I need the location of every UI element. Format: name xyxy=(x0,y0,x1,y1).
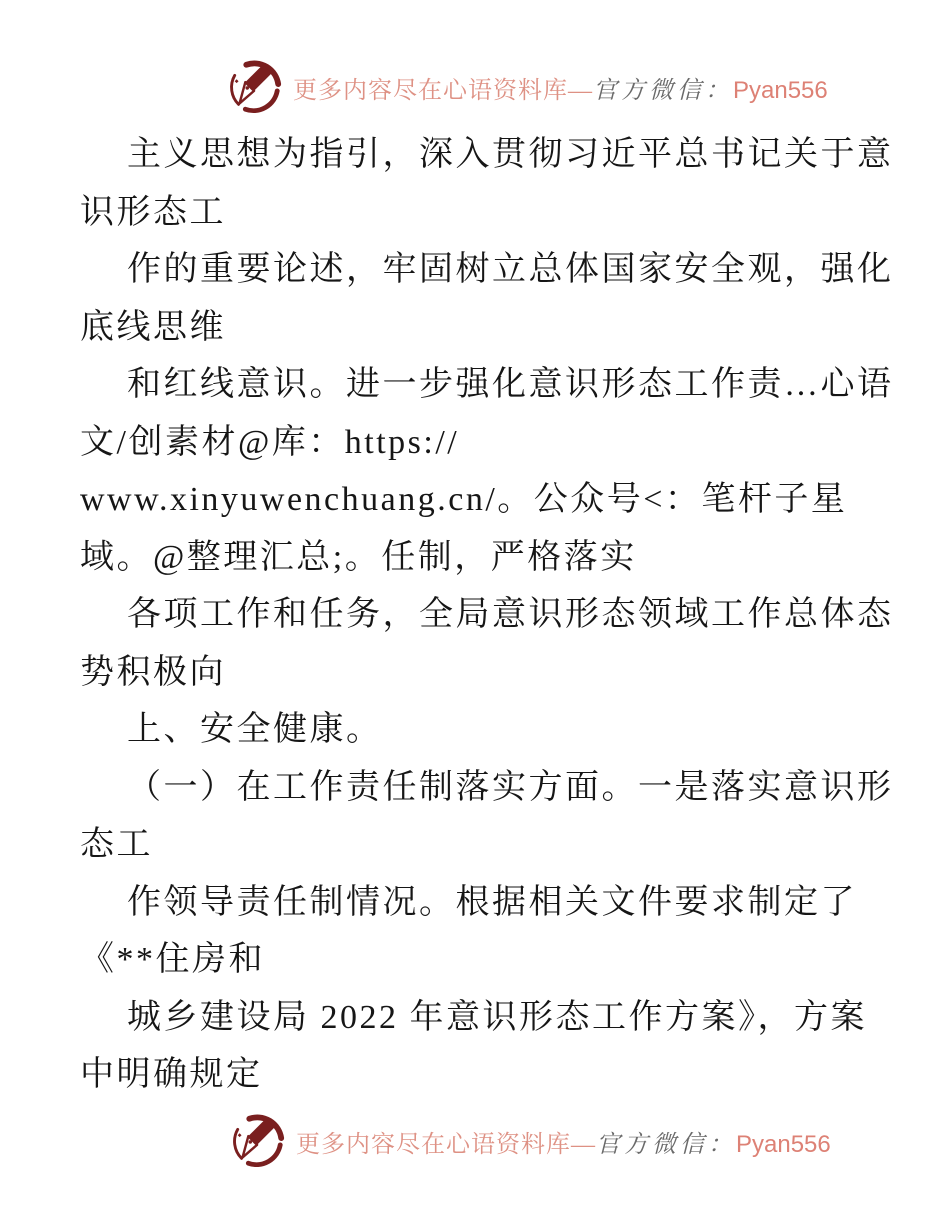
wechat-label: 官方微信： xyxy=(596,1132,736,1158)
wechat-label: 官方微信： xyxy=(593,78,733,104)
watermark-text: 更多内容尽在心语资料库—官方微信：Pyan556 xyxy=(293,70,828,105)
text-line: 主义思想为指引，深入贯彻习近平总书记关于意 xyxy=(80,126,875,184)
text-line: 底线思维 xyxy=(80,299,875,357)
document-page: 更多内容尽在心语资料库—官方微信：Pyan556 主义思想为指引，深入贯彻习近平… xyxy=(0,0,950,1230)
text-line: 文/创素材@库：https:// xyxy=(80,414,875,472)
watermark-footer: 更多内容尽在心语资料库—官方微信：Pyan556 xyxy=(229,1112,831,1170)
text-line: 作领导责任制情况。根据相关文件要求制定了 xyxy=(80,874,875,932)
watermark-text: 更多内容尽在心语资料库—官方微信：Pyan556 xyxy=(296,1124,831,1159)
watermark-brand: 更多内容尽在心语资料库 xyxy=(296,1132,571,1158)
text-line: 域。@整理汇总;。任制，严格落实 xyxy=(80,529,875,587)
text-line: www.xinyuwenchuang.cn/。公众号<：笔杆子星 xyxy=(80,471,875,529)
text-line: 态工 xyxy=(80,816,875,874)
text-line: 势积极向 xyxy=(80,644,875,702)
watermark-separator: — xyxy=(568,78,593,104)
text-line: 各项工作和任务，全局意识形态领域工作总体态 xyxy=(80,586,875,644)
pen-in-circle-logo-icon xyxy=(229,1112,287,1170)
wechat-id: Pyan556 xyxy=(736,1131,831,1158)
text-line: 《**住房和 xyxy=(80,931,875,989)
text-line: （一）在工作责任制落实方面。一是落实意识形 xyxy=(80,759,875,817)
pen-in-circle-logo-icon xyxy=(226,58,284,116)
text-line: 识形态工 xyxy=(80,184,875,242)
watermark-separator: — xyxy=(571,1132,596,1158)
watermark-header: 更多内容尽在心语资料库—官方微信：Pyan556 xyxy=(226,58,828,116)
text-line: 城乡建设局 2022 年意识形态工作方案》，方案 xyxy=(80,989,875,1047)
text-line: 作的重要论述，牢固树立总体国家安全观，强化 xyxy=(80,241,875,299)
text-line: 上、安全健康。 xyxy=(80,701,875,759)
watermark-brand: 更多内容尽在心语资料库 xyxy=(293,78,568,104)
document-body: 主义思想为指引，深入贯彻习近平总书记关于意 识形态工 作的重要论述，牢固树立总体… xyxy=(80,126,875,1104)
text-line: 中明确规定 xyxy=(80,1046,875,1104)
text-line: 和红线意识。进一步强化意识形态工作责…心语 xyxy=(80,356,875,414)
wechat-id: Pyan556 xyxy=(733,77,828,104)
